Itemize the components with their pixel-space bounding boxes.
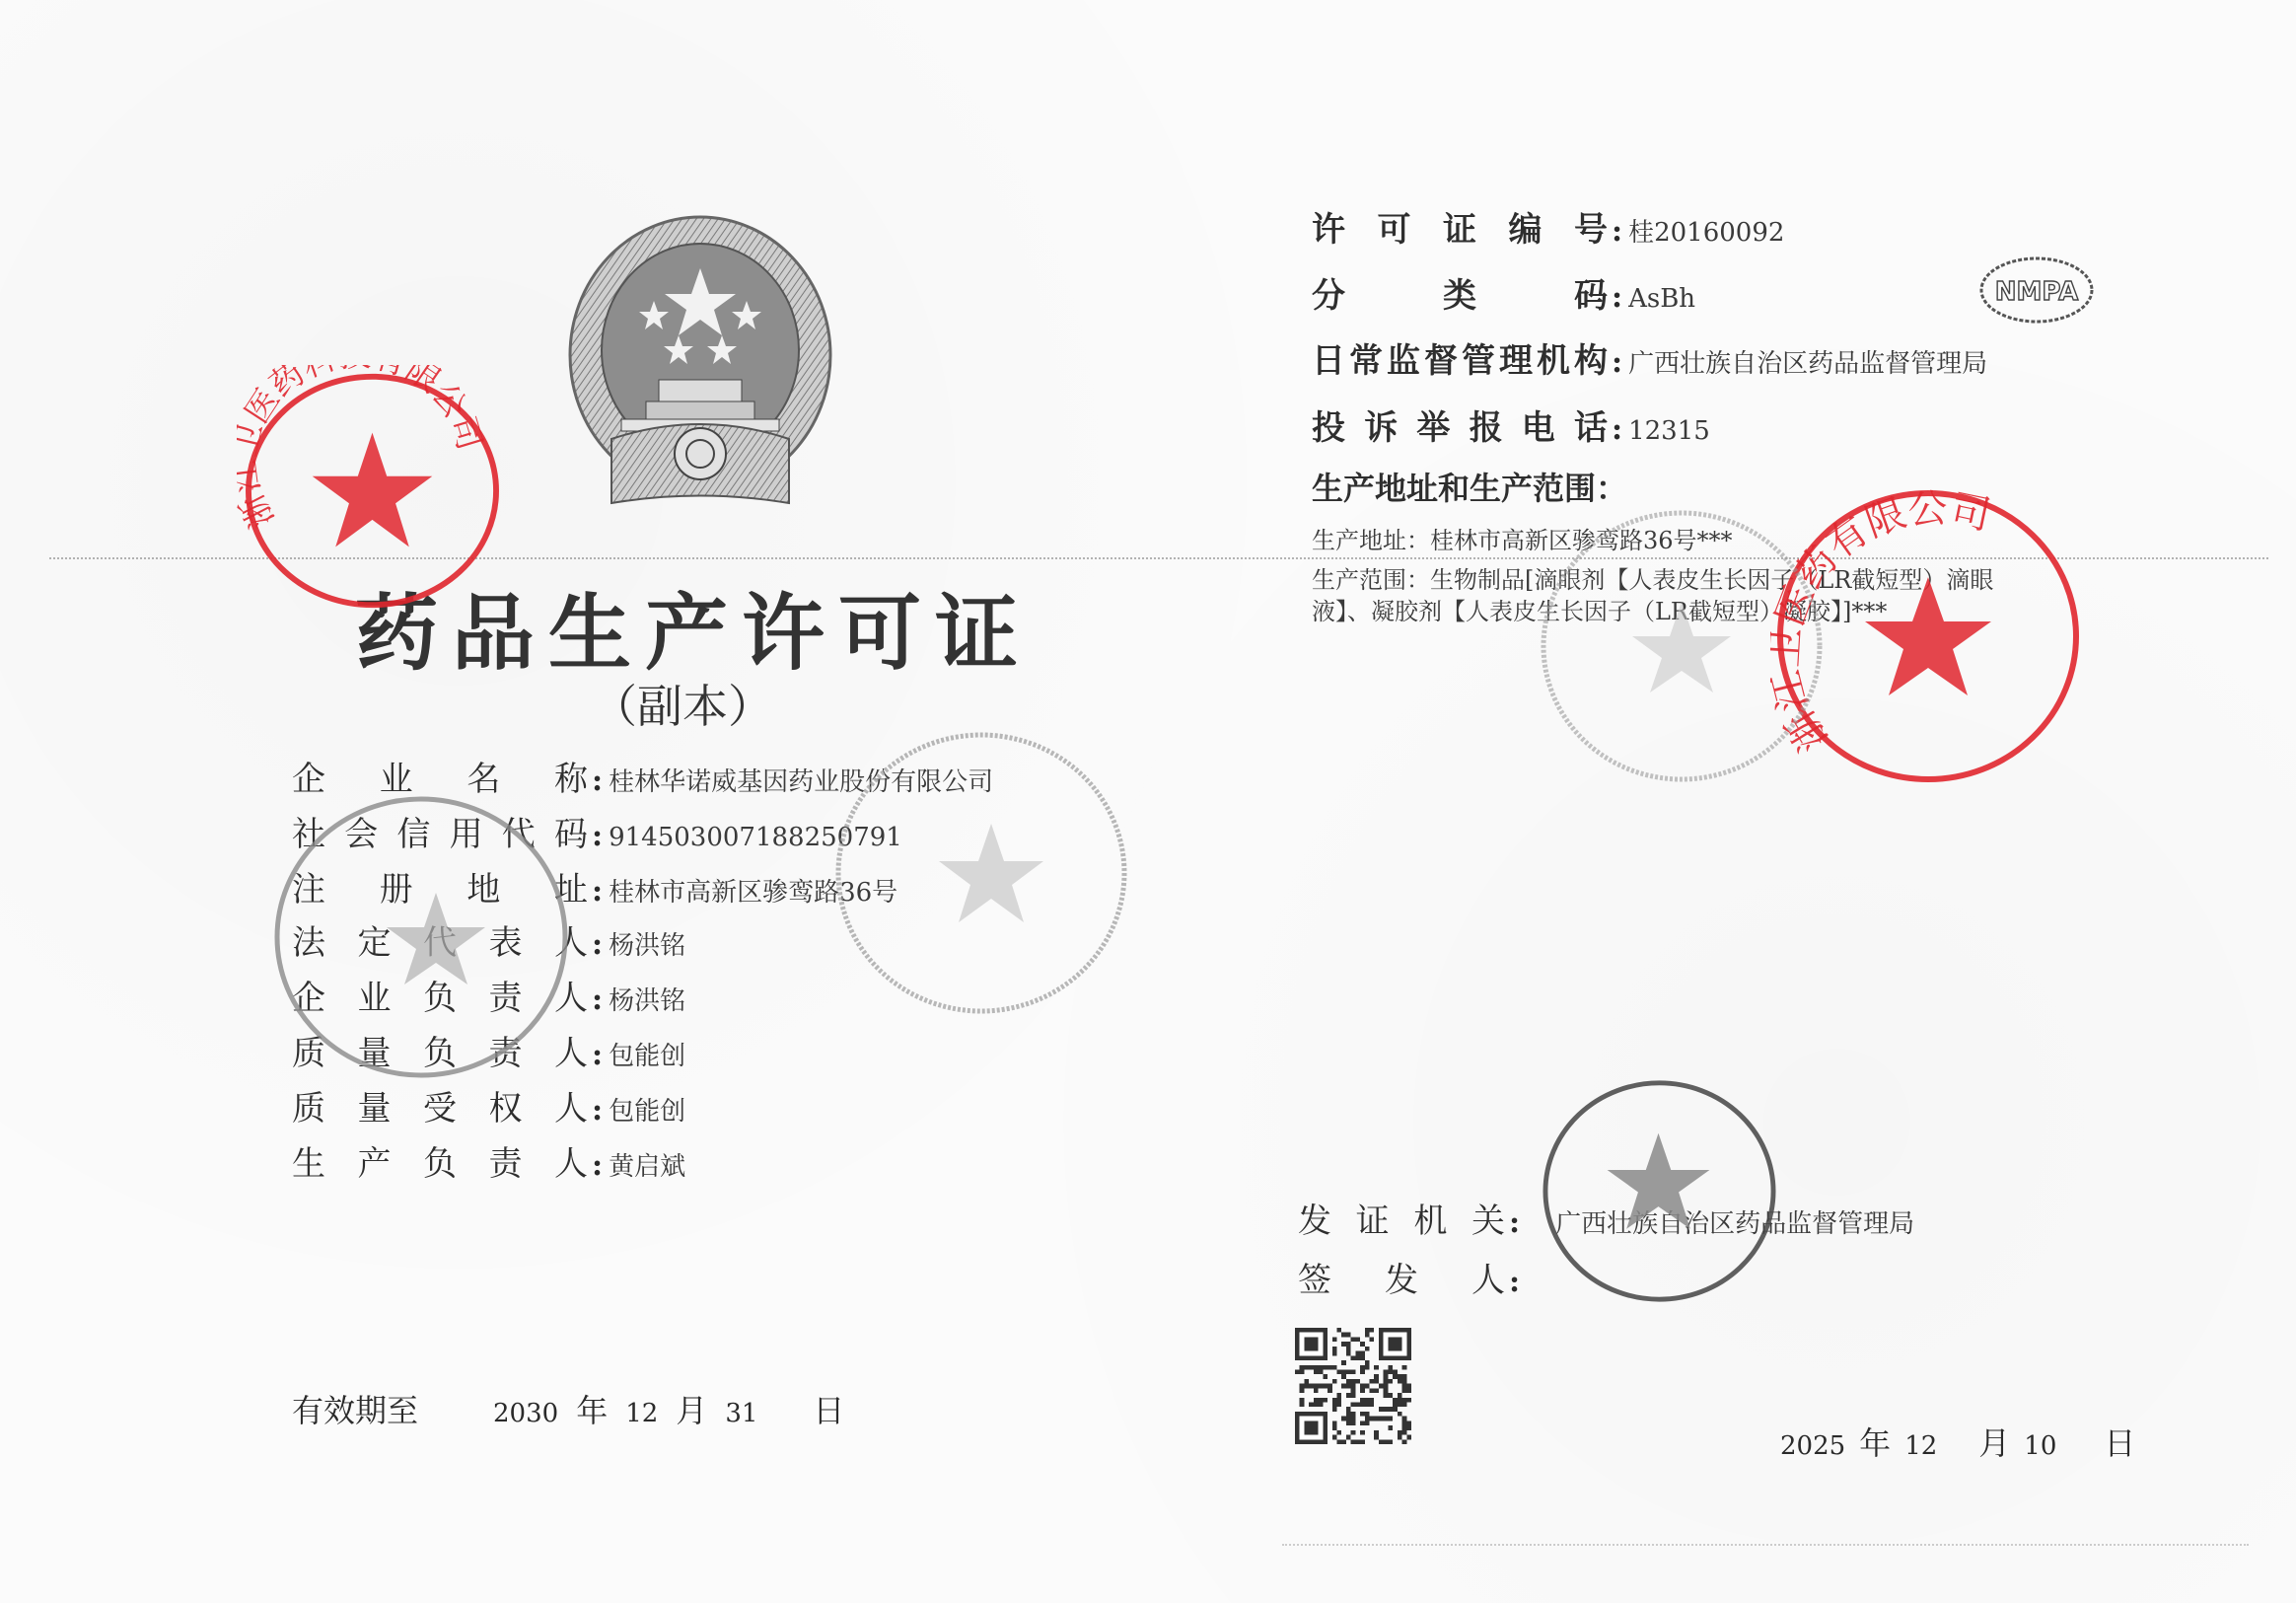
license-page: 药品生产许可证 （副本） 企业名称 : 桂林华诺威基因药业股份有限公司 社会信用… <box>0 0 2296 1603</box>
field-value: 包能创 <box>609 1036 685 1072</box>
svg-text:NMPA: NMPA <box>1995 277 2078 307</box>
document-subtitle: （副本） <box>592 671 773 736</box>
qr-code-icon <box>1294 1328 1412 1444</box>
field-supervision-authority: 日常监督管理机构 : 广西壮族自治区药品监督管理局 <box>1312 333 1987 382</box>
issue-month: 12 <box>1904 1431 1937 1461</box>
field-label: 许可证编号 <box>1312 202 1608 251</box>
field-license-number: 许可证编号 : 桂20160092 <box>1312 202 1784 251</box>
field-signer: 签发人 : <box>1298 1253 1526 1301</box>
validity-label: 有效期至 <box>292 1386 418 1431</box>
field-complaint-phone: 投诉举报电话 : 12315 <box>1312 401 1710 449</box>
grey-company-seal-left <box>268 789 574 1085</box>
issue-year: 2025 <box>1780 1431 1845 1461</box>
grey-company-seal-center <box>828 725 1134 1021</box>
field-qualified-person: 质量受权人 : 包能创 <box>292 1081 685 1129</box>
field-value: 12315 <box>1628 416 1710 446</box>
field-label: 生产负责人 <box>292 1136 588 1185</box>
field-label: 日常监督管理机构 <box>1312 333 1608 382</box>
field-label: 发证机关 <box>1298 1194 1505 1242</box>
field-value: AsBh <box>1628 284 1695 314</box>
field-value: 杨洪铭 <box>609 925 685 962</box>
field-value: 包能创 <box>609 1091 685 1128</box>
nmpa-logo-icon: NMPA <box>1977 255 2096 326</box>
field-value: 杨洪铭 <box>609 981 685 1017</box>
red-company-seal-left: 浙江卫医药科技有限公司 <box>237 365 508 617</box>
validity-year: 2030 <box>493 1399 558 1428</box>
issue-day: 10 <box>2024 1431 2056 1461</box>
fold-line-bottom <box>1282 1544 2249 1546</box>
field-label: 签发人 <box>1298 1253 1505 1301</box>
field-production-head: 生产负责人 : 黄启斌 <box>292 1136 685 1185</box>
national-emblem-icon <box>552 207 848 533</box>
issue-date: 2025 年 12 月 10 日 <box>1780 1419 2135 1464</box>
field-value: 黄启斌 <box>609 1146 685 1183</box>
field-value: 桂20160092 <box>1628 212 1784 249</box>
validity-day: 31 <box>725 1399 757 1428</box>
field-label: 质量受权人 <box>292 1081 588 1129</box>
validity-month: 12 <box>625 1399 658 1428</box>
field-label: 投诉举报电话 <box>1312 401 1608 449</box>
issuing-authority-seal <box>1539 1075 1780 1307</box>
validity-date: 有效期至 2030 年 12 月 31 日 <box>292 1386 844 1431</box>
grey-company-seal-right <box>1534 503 1830 789</box>
field-classification-code: 分类码 : AsBh <box>1312 268 1695 317</box>
field-label: 分类码 <box>1312 268 1608 317</box>
field-value: 广西壮族自治区药品监督管理局 <box>1628 343 1987 380</box>
